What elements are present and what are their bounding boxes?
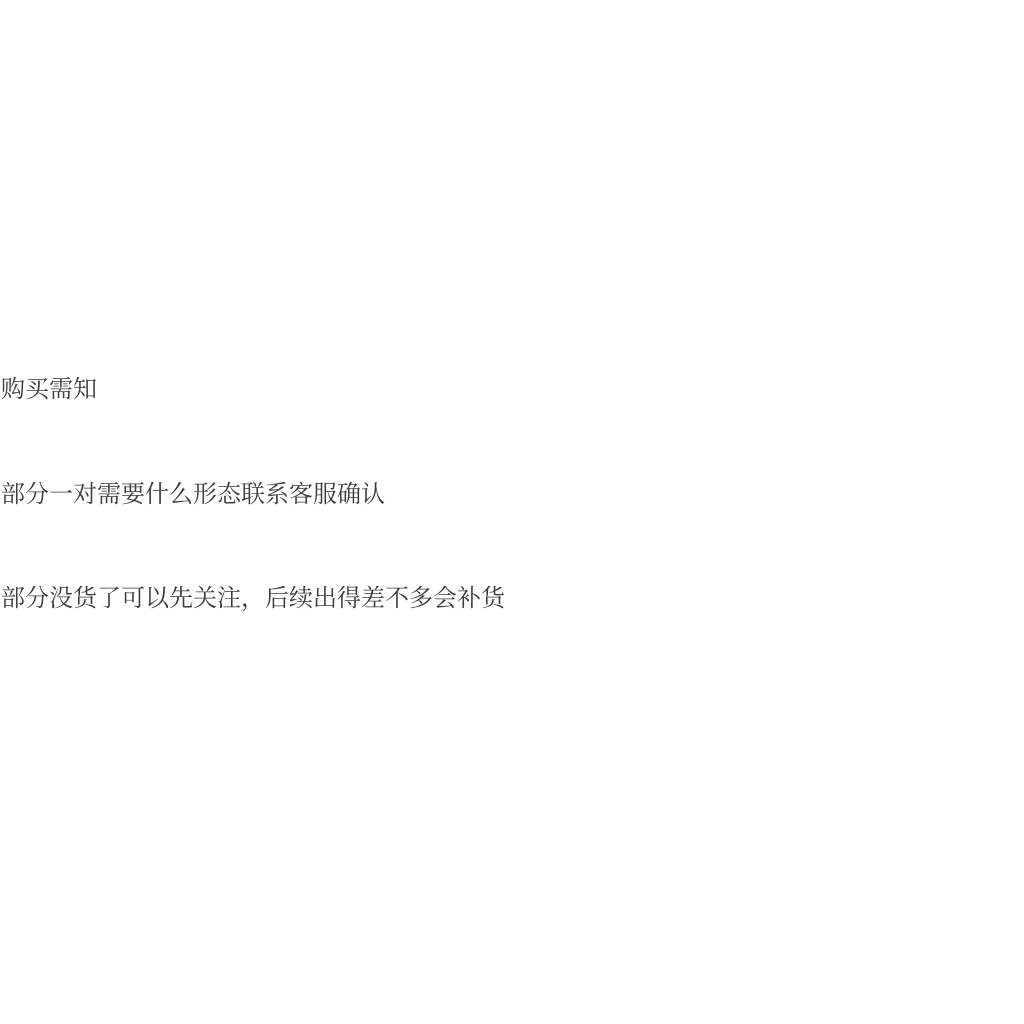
notice-title: 购买需知 <box>1 377 97 403</box>
notice-line-contact-service: 部分一对需要什么形态联系客服确认 <box>1 482 385 508</box>
product-description-image: 购买需知 部分一对需要什么形态联系客服确认 部分没货了可以先关注，后续出得差不多… <box>0 0 1024 1024</box>
notice-line-restock-info: 部分没货了可以先关注，后续出得差不多会补货 <box>1 586 505 612</box>
